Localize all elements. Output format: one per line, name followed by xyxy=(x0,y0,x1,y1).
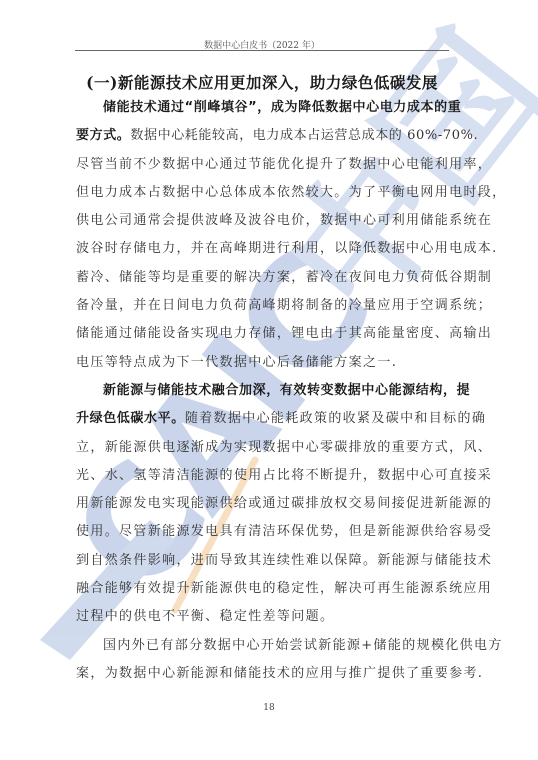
text-line: 尽管当前不少数据中心通过节能优化提升了数据中心电能利用率， xyxy=(76,153,446,181)
text-line: 储能技术通过“削峰填谷”，成为降低数据中心电力成本的重 xyxy=(76,96,446,124)
text-line: 储能通过储能设备实现电力存储，锂电由于其高能量密度、高输出 xyxy=(76,322,446,350)
text-line: 融合能够有效提升新能源供电的稳定性，解决可再生能源系统应用 xyxy=(76,577,446,605)
text-line: 使用。尽管新能源发电具有清洁环保优势，但是新能源供给容易受 xyxy=(76,520,446,548)
page-number: 18 xyxy=(0,703,538,713)
text-line: 光、水、氢等清洁能源的使用占比将不断提升，数据中心可直接采 xyxy=(76,464,446,492)
text-line: 用新能源发电实现能源供给或通过碳排放权交易间接促进新能源的 xyxy=(76,492,446,520)
text-line: 升绿色低碳水平。随着数据中心能耗政策的收紧及碳中和目标的确 xyxy=(76,407,446,435)
text-line: 波谷时存储电力，并在高峰期进行利用，以降低数据中心用电成本. xyxy=(76,237,446,265)
header-divider xyxy=(75,50,449,51)
text-line: 要方式。数据中心耗能较高，电力成本占运营总成本的 60%-70%. xyxy=(76,124,446,152)
section-heading: (一)新能源技术应用更加深入，助力绿色低碳发展 xyxy=(75,71,449,93)
paragraph-2: 新能源与储能技术融合加深，有效转变数据中心能源结构，提 升绿色低碳水平。随着数据… xyxy=(76,379,446,634)
text-line: 备冷量，并在日间电力负荷高峰期将制备的冷量应用于空调系统； xyxy=(76,294,446,322)
text-line: 电压等特点成为下一代数据中心后备储能方案之一. xyxy=(76,351,446,379)
text-line: 案，为数据中心新能源和储能技术的应用与推广提供了重要参考. xyxy=(76,662,446,690)
paragraph-1: 储能技术通过“削峰填谷”，成为降低数据中心电力成本的重 要方式。数据中心耗能较高… xyxy=(76,96,446,379)
text-line: 供电公司通常会提供波峰及波谷电价，数据中心可利用储能系统在 xyxy=(76,209,446,237)
text-line: 到自然条件影响，进而导致其连续性难以保障。新能源与储能技术 xyxy=(76,549,446,577)
text-line: 新能源与储能技术融合加深，有效转变数据中心能源结构，提 xyxy=(76,379,446,407)
text-line: 但电力成本占数据中心总体成本依然较大。为了平衡电网用电时段， xyxy=(76,181,446,209)
paragraph-3: 国内外已有部分数据中心开始尝试新能源+储能的规模化供电方 案，为数据中心新能源和… xyxy=(76,634,446,691)
document-page: CAIC 中国 数据中心白皮书（2022 年） (一)新能源技术应用更加深入，助… xyxy=(0,0,538,760)
body-text: 储能技术通过“削峰填谷”，成为降低数据中心电力成本的重 要方式。数据中心耗能较高… xyxy=(76,96,446,690)
text-line: 过程中的供电不平衡、稳定性差等问题。 xyxy=(76,605,446,633)
text-line: 国内外已有部分数据中心开始尝试新能源+储能的规模化供电方 xyxy=(76,634,446,662)
text-line: 立，新能源供电逐渐成为实现数据中心零碳排放的重要方式，风、 xyxy=(76,436,446,464)
text-line: 蓄冷、储能等均是重要的解决方案，蓄冷在夜间电力负荷低谷期制 xyxy=(76,266,446,294)
